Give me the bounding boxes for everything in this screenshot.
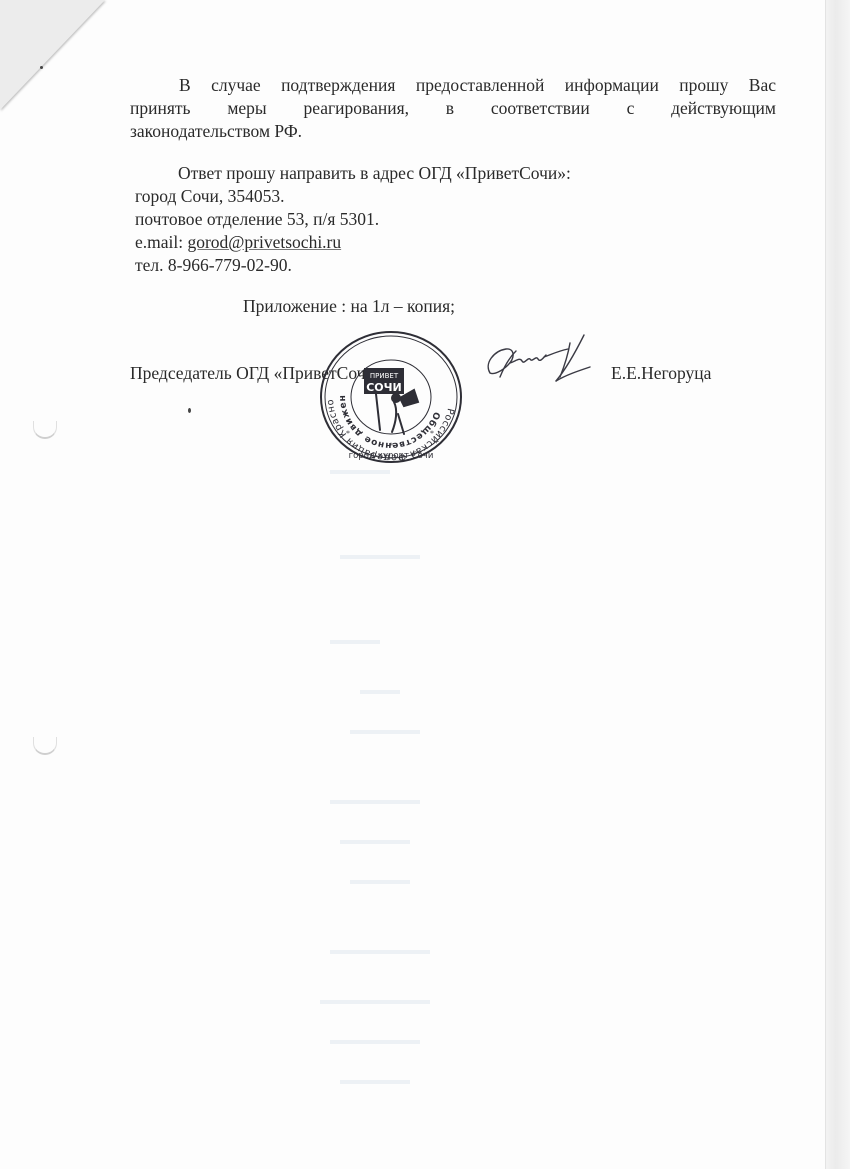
email-link[interactable]: gorod@privetsochi.ru [187, 232, 341, 252]
svg-text:*: * [346, 429, 350, 438]
address-phone: тел. 8-966-779-02-90. [135, 254, 292, 277]
email-label: e.mail: [135, 232, 187, 252]
paragraph-line: принять меры реагирования, в соответстви… [130, 97, 776, 120]
organization-stamp: Российская Федерация Краснодарский край … [318, 330, 464, 465]
page-edge-shadow [825, 0, 850, 1169]
attachment-note: Приложение : на 1л – копия; [243, 295, 455, 318]
reply-request: Ответ прошу направить в адрес ОГД «Приве… [178, 162, 571, 185]
punch-hole [33, 737, 57, 755]
scan-speck [188, 408, 191, 413]
svg-text:город-курорт Сочи: город-курорт Сочи [349, 451, 434, 461]
paragraph-line: В случае подтверждения предоставленной и… [130, 74, 776, 97]
address-city: город Сочи, 354053. [135, 185, 285, 208]
svg-text:ПРИВЕТ: ПРИВЕТ [370, 372, 399, 380]
handwritten-signature [480, 333, 595, 388]
folded-corner [0, 0, 105, 110]
paragraph-line: законодательством РФ. [130, 120, 776, 143]
svg-text:СОЧИ: СОЧИ [366, 381, 402, 394]
address-post-office: почтовое отделение 53, п/я 5301. [135, 208, 379, 231]
address-email: e.mail: gorod@privetsochi.ru [135, 231, 341, 254]
signer-name: Е.Е.Негоруца [611, 362, 711, 385]
request-paragraph: В случае подтверждения предоставленной и… [130, 74, 776, 143]
scan-speck [40, 66, 43, 69]
punch-hole [33, 421, 57, 439]
svg-text:*: * [430, 429, 434, 438]
svg-text:*: * [389, 441, 393, 450]
